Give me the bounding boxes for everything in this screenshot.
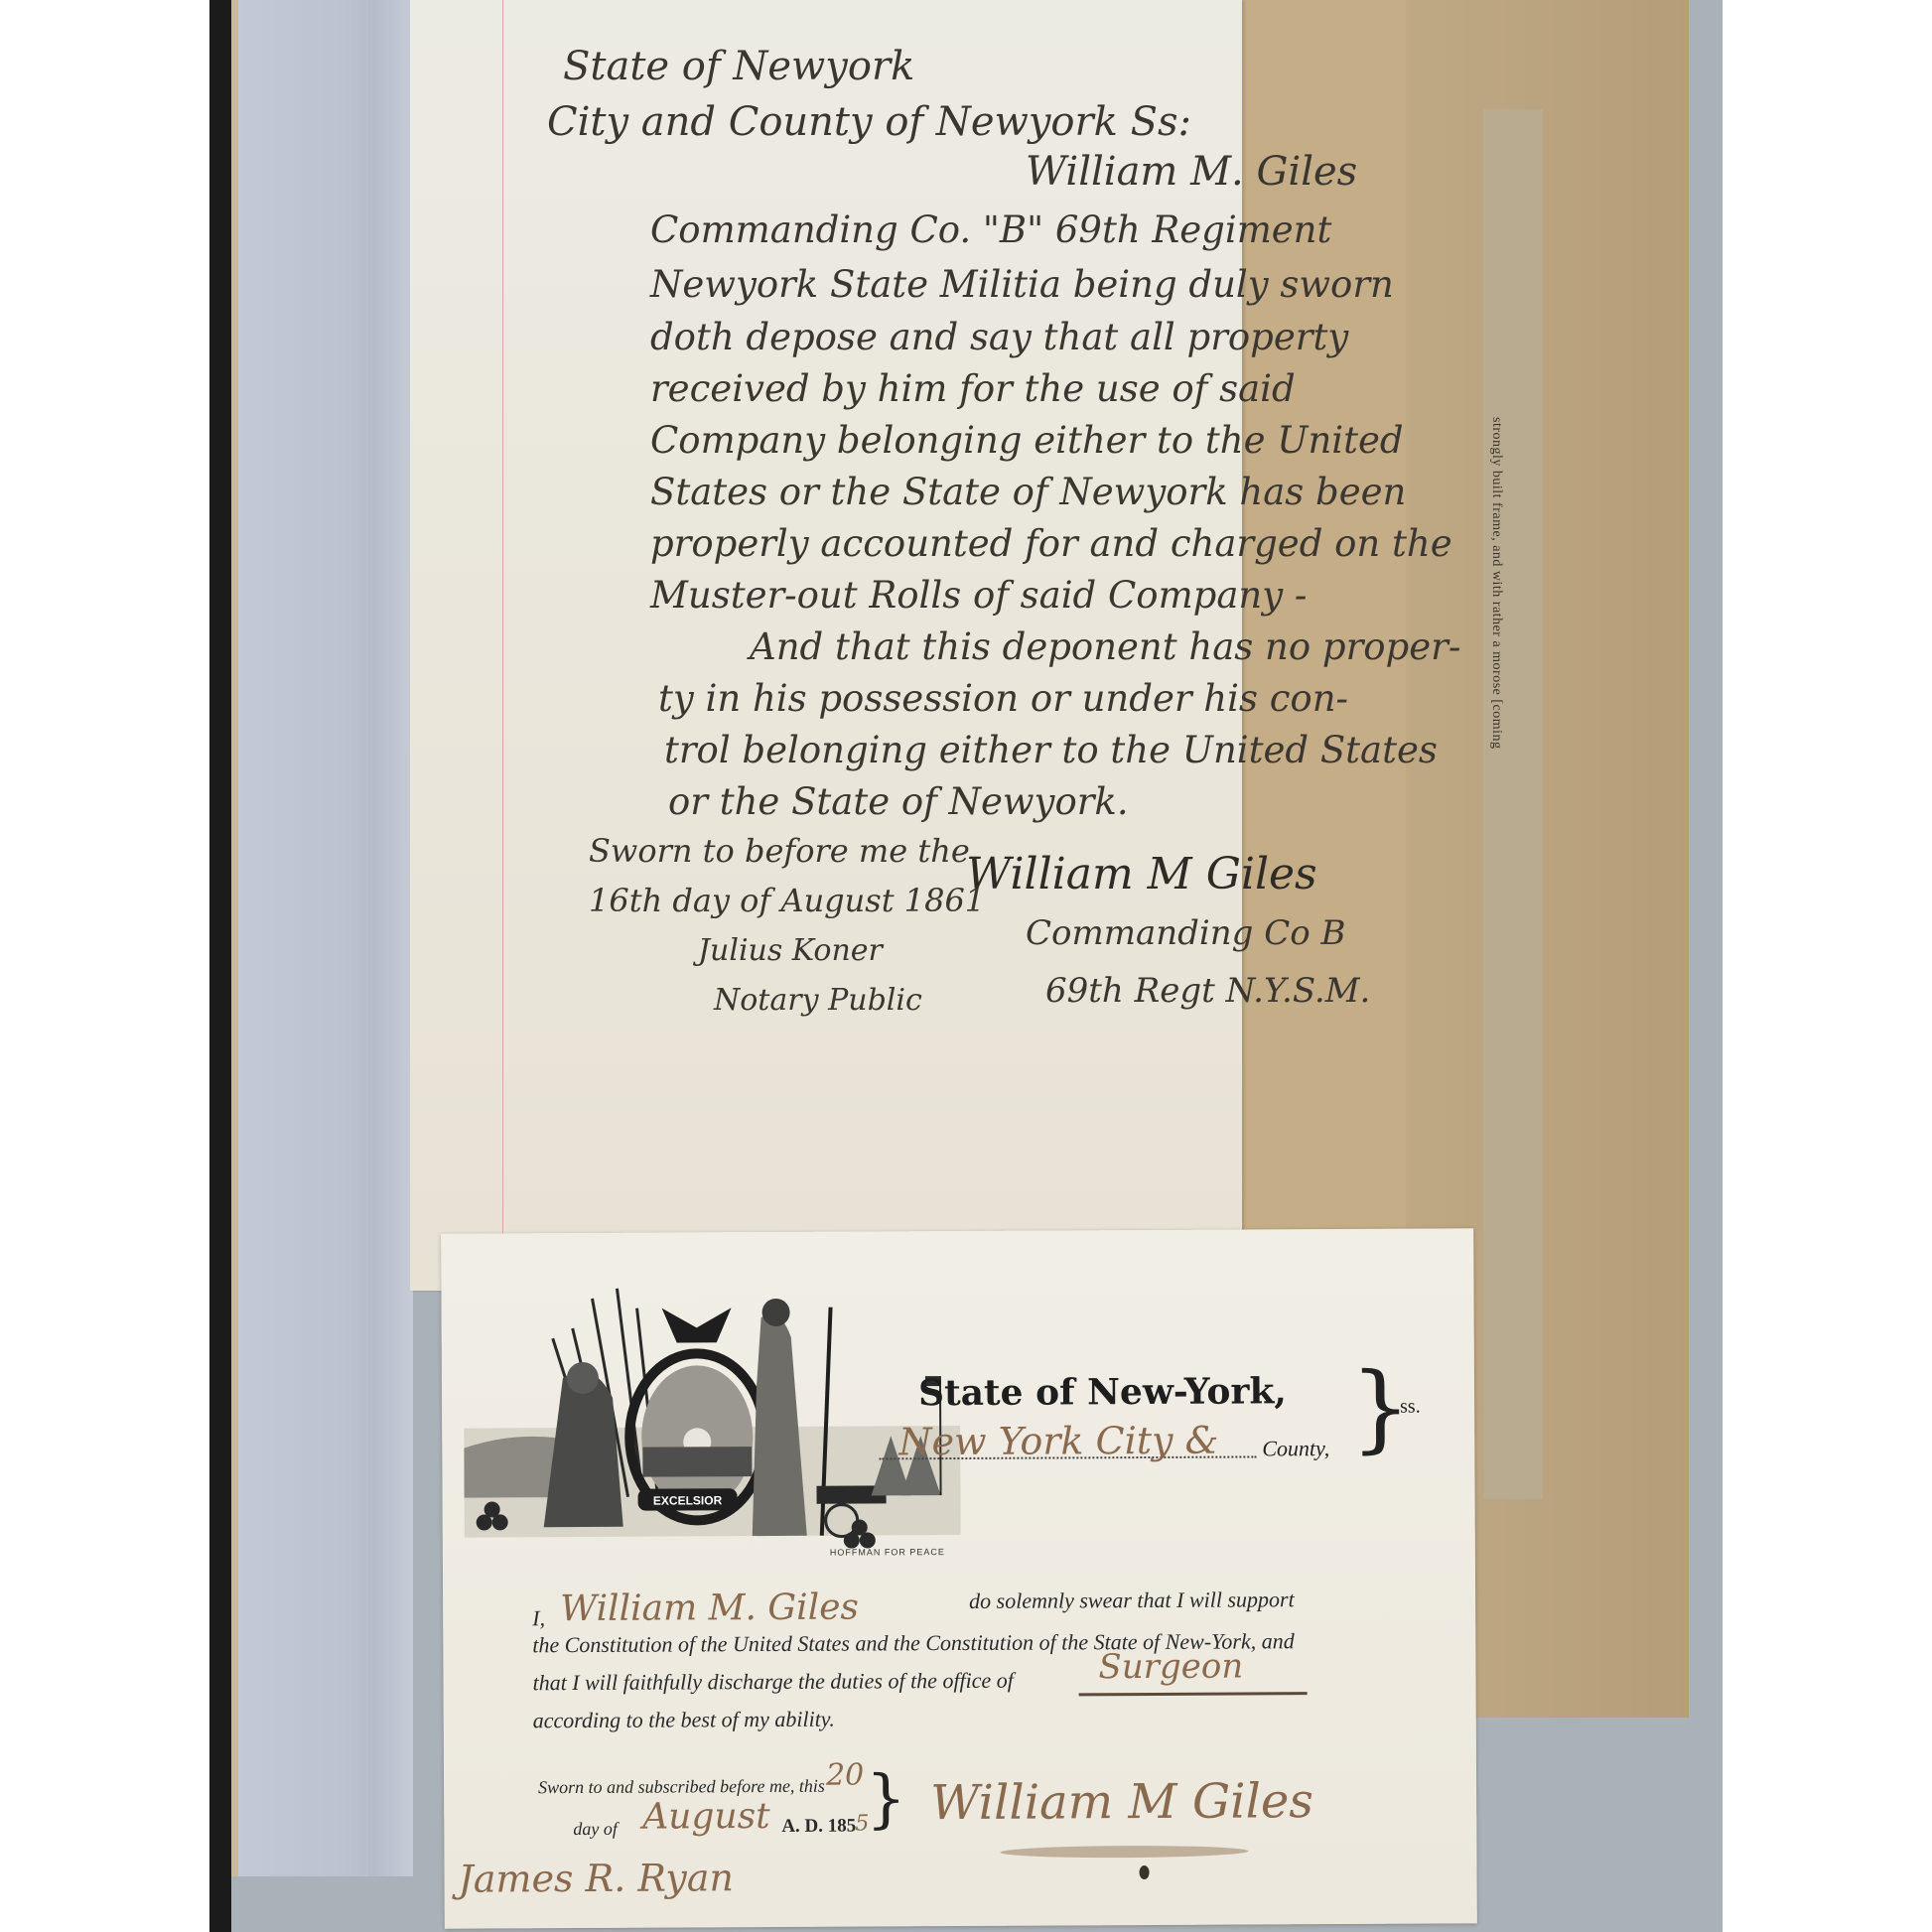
county-label: County, (1262, 1436, 1329, 1461)
ruled-margin-line (502, 0, 503, 1291)
affidavit-line: Muster-out Rolls of said Company - (650, 574, 1307, 617)
clipping-text: strongly built frame, and with rather a … (1488, 417, 1504, 750)
signature-title-2: 69th Regt N.Y.S.M. (1045, 971, 1370, 1011)
engraving-credit: HOFFMAN FOR PEACE (830, 1547, 945, 1558)
newspaper-clipping (1483, 109, 1543, 1499)
affidavit-line: ty in his possession or under his con- (658, 677, 1348, 720)
deponent-name: William M. Giles (1026, 149, 1357, 195)
sworn-label: Sworn to and subscribed before me, this (538, 1776, 825, 1799)
ink-spot (1140, 1865, 1150, 1879)
affidavit-line: properly accounted for and charged on th… (650, 522, 1452, 565)
office-field-line (1079, 1692, 1308, 1696)
affidavit-line: Company belonging either to the United (650, 419, 1404, 462)
jurat-brace: } (866, 1767, 906, 1831)
oath-text-3: that I will faithfully discharge the dut… (532, 1668, 1013, 1697)
affidavit-line: Commanding Co. "B" 69th Regiment (650, 208, 1331, 251)
witness-signature: James R. Ryan (458, 1856, 734, 1900)
seal-motto: EXCELSIOR (653, 1493, 723, 1507)
affidavit-line: States or the State of Newyork has been (650, 471, 1406, 513)
day-of-label: day of (573, 1819, 618, 1840)
affidavit-signature: William M Giles (966, 849, 1317, 899)
ink-flourish (1000, 1845, 1248, 1858)
oath-signature: William M Giles (930, 1773, 1313, 1831)
affidavit-line: or the State of Newyork. (668, 780, 1129, 823)
jurat-line-2: 16th day of August 1861 (589, 882, 985, 919)
notary-name: Julius Koner (698, 933, 883, 968)
affidavit-line: And that this deponent has no proper- (750, 625, 1460, 668)
blue-folder-fold (368, 0, 413, 1876)
oath-text-1: do solemnly swear that I will support (969, 1587, 1295, 1614)
notary-title: Notary Public (714, 983, 922, 1018)
sworn-day: 20 (826, 1758, 864, 1793)
venue-line-2: City and County of Newyork Ss: (547, 99, 1191, 145)
sworn-month: August (642, 1796, 770, 1838)
document-scan: strongly built frame, and with rather a … (209, 0, 1723, 1932)
county-value: New York City & (898, 1419, 1218, 1464)
oath-i-label: I, (532, 1605, 545, 1631)
office-value: Surgeon (1098, 1647, 1243, 1688)
venue-line-1: State of Newyork (563, 44, 914, 89)
signature-title-1: Commanding Co B (1026, 913, 1346, 953)
affidavit-line: Newyork State Militia being duly sworn (650, 263, 1394, 306)
affidavit-page: State of Newyork City and County of Newy… (410, 0, 1242, 1291)
form-title: State of New-York, (918, 1370, 1287, 1414)
oath-text-4: according to the best of my ability. (533, 1707, 835, 1734)
affidavit-line: trol belonging either to the United Stat… (664, 729, 1438, 771)
binding-edge (209, 0, 231, 1932)
affidavit-line: doth depose and say that all property (650, 316, 1348, 358)
oath-of-office-form: EXCELSIOR HOFFMAN FOR PEACE State of New… (441, 1228, 1477, 1928)
oath-name: William M. Giles (560, 1587, 859, 1630)
state-seal-engraving-icon: EXCELSIOR (463, 1267, 961, 1558)
ad-label: A. D. 185 (781, 1816, 856, 1838)
ss-label: ss. (1400, 1396, 1421, 1419)
affidavit-line: received by him for the use of said (650, 367, 1296, 410)
jurat-line-1: Sworn to before me the (589, 832, 970, 870)
